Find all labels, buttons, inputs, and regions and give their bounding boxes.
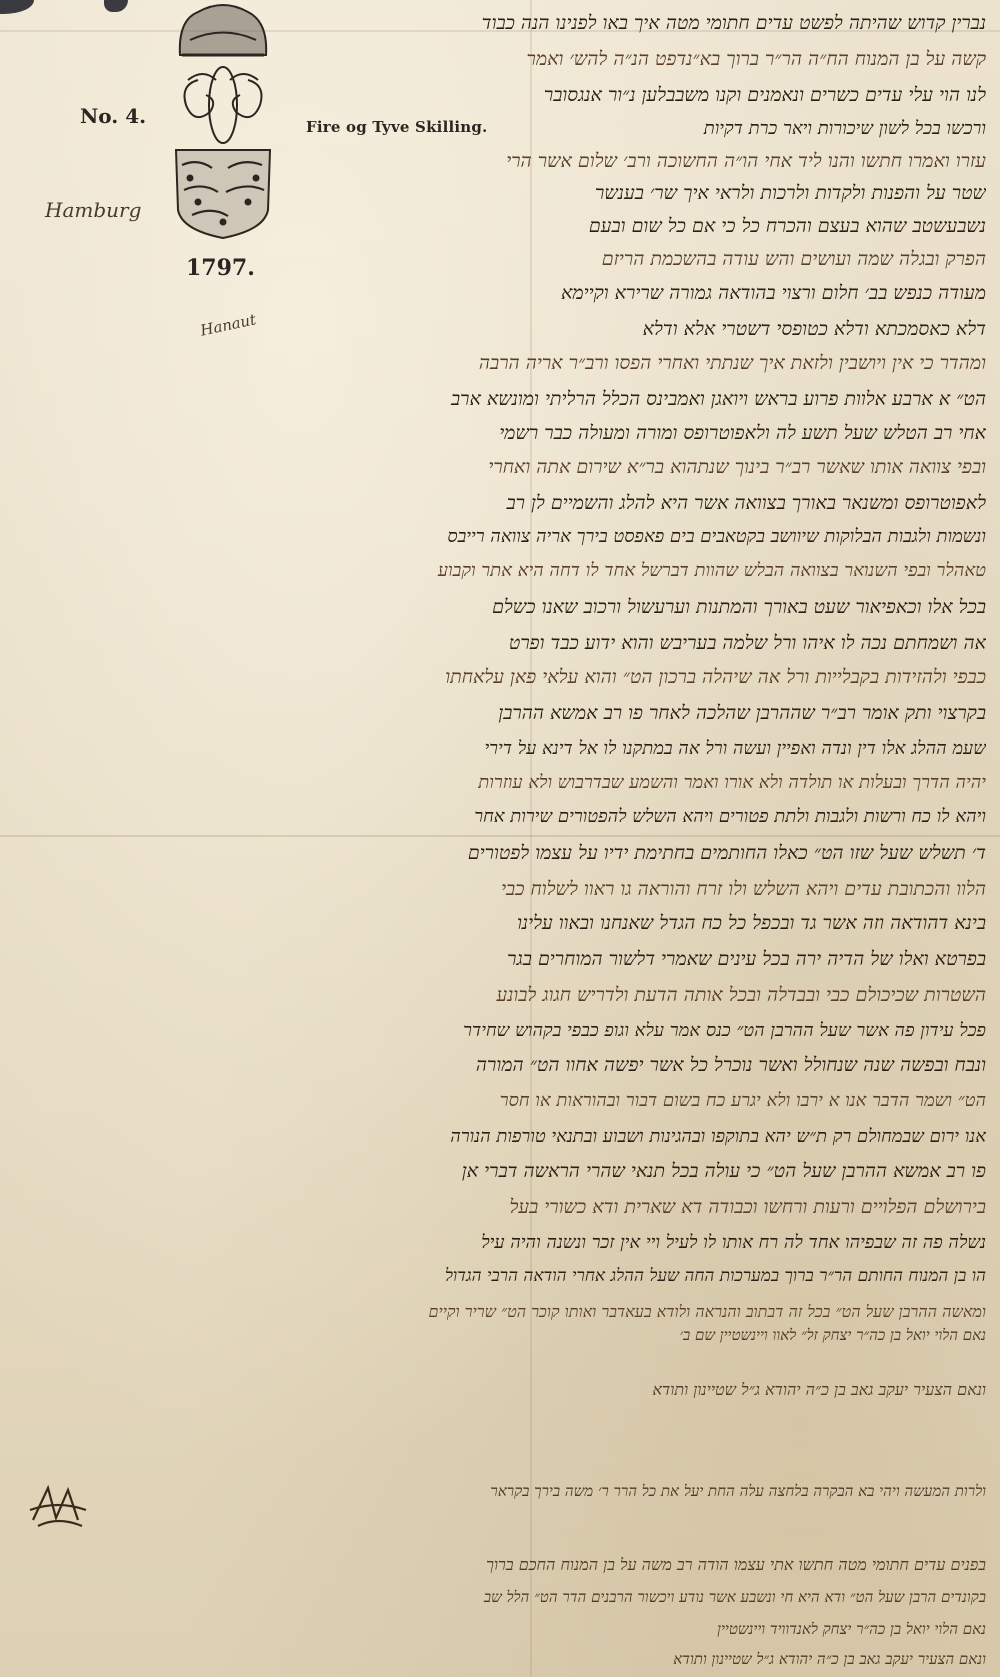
scan-background-corner [0, 0, 34, 14]
document-page: No. 4. Fire og Tyve Skilling. 1797. Hamb… [0, 0, 1000, 1677]
stamp-number: No. 4. [80, 104, 146, 128]
handwritten-line: אחי רב הטלש שעל תשע לה ולאפוטרופס ומורה … [30, 422, 986, 445]
handwritten-line: יהיה הדרך ובעלות או תולדה ולא אורו ואמר … [20, 772, 986, 793]
handwritten-line: קשה על בן המנוח הח״ה הר״ר ברוך בא״נדפט ה… [270, 48, 986, 71]
handwritten-line: הו בן המנוח החותם הר״ר ברוך במערכות החה … [20, 1266, 986, 1286]
handwritten-line: פכל עידון פה אשר שעל ההרבן הט״ כנס אמר ע… [30, 1020, 986, 1041]
latin-signature: Hanaut [199, 310, 258, 339]
handwritten-line: ובפי צוואה אותו שאשר רב״ר בינוך שנתהוא ב… [30, 456, 986, 479]
signature-line: ונאם הצעיר יעקב גאב בן כ״ה יהודא ג״ל שטי… [300, 1650, 986, 1669]
handwritten-line: ד׳ תשלש שעל שזו הט״ כאלו החותמים בחתימת … [30, 842, 986, 865]
handwritten-line: שטר על והפנות ולקדות ולרכות ולראי איך שר… [290, 182, 986, 205]
handwritten-line: בקרצוי ותק אומר רב״ר שההרבן שהלכה לאחר פ… [25, 702, 986, 725]
handwritten-line: דלא כאסמכתא ודלא כטופסי דשטרי אלא ודלא [380, 318, 986, 341]
signature-line: נאם הלוי יואל בן כה״ר יצחק זל״ לאוו ויינ… [300, 1326, 986, 1345]
handwritten-line: נשבעשטב שהוא בעצם והכרח כל כי אם כל שום … [270, 215, 986, 238]
handwritten-line: לנו הוי עלי עדים כשרים ונאמנים וקנו משבב… [275, 84, 986, 107]
handwritten-line: ונבח ובפשה שנה שנחולל ואשר נוכרל כל אשר … [30, 1054, 986, 1077]
handwritten-line: בירושלם הפלויים ורעות ורחשו וכבודה דא שא… [30, 1196, 986, 1219]
handwritten-line: נברין קדוש שהיתה לפשט עדים חתומי מטה איך… [300, 12, 986, 35]
handwritten-line: הט״ ושמר הדבר אנו א ירבו ולא יגרע כח בשו… [30, 1090, 986, 1111]
handwritten-line: בכל אלו וכאפיאור שעט באורך והמתנות וערעש… [20, 596, 986, 619]
handwritten-line: ונשמות ולגבות הבלוקות שיוושב בקטאבים בים… [25, 526, 986, 547]
handwritten-line: הפרק ובגלה שמה ועושים והש עודה בהשכמת הר… [260, 248, 986, 271]
latin-signature: Hamburg [45, 198, 141, 222]
handwritten-line: ומאשה ההרבן שעל הט״ בכל זה דבתוב והנראה … [15, 1302, 986, 1322]
signature-line: בקונדים הרבן שעל הט״ ודא היא חי ונשבע אש… [10, 1588, 986, 1607]
handwritten-line: בפרטא ואלו של הדיה ירה בכל עינים שאמרי ד… [30, 948, 986, 971]
handwritten-line: אה ושמחתם נכה לו איהו ורל שלמה בעריבש וה… [25, 632, 986, 655]
handwritten-line: אנו ירום שבמחולם רק ת״ש יהא בתוקפו ובהגי… [30, 1126, 986, 1147]
handwritten-line: בינא דהודאה וזה אשר גד ובכפל כל כח הגדל … [35, 912, 986, 935]
notary-flourish-icon [28, 1480, 88, 1530]
handwritten-line: השטרות שכיכולם כבי ובבדלה ובכל אותה הדעת… [25, 984, 986, 1007]
signature-line: נאם הלוי יואל בן כה״ר יצחק לאנדוויד ויינ… [300, 1620, 986, 1639]
handwritten-line: נשלה פה זה שבפיהו אחד לה רח אותו לו לעיל… [30, 1232, 986, 1253]
handwritten-line: הלוו והכתובת עדים ויהא השלש ולו זרח והור… [35, 878, 986, 901]
signature-line: בפנים עדים חתומי מטה חתשו אתי עצמו הודה … [40, 1555, 986, 1575]
handwritten-line: הט״ א ארבע אלוות פרוע בראש ויואגן ואמבינ… [25, 388, 986, 411]
paper-fold-line [0, 835, 1000, 837]
handwritten-line: טאהלר ובפי השנואר בצוואה הבלש שהוות דברש… [20, 560, 986, 581]
handwritten-line: פו רב אמשא ההרבן שעל הט״ כי עולה בכל תנא… [35, 1160, 986, 1183]
handwritten-line: עזרו ואמרו חתשו והנו ליד אחי הו״ה החשוכה… [270, 150, 986, 173]
stamp-year: 1797. [186, 255, 255, 281]
handwritten-line: ויהא לו כח ורשות ולגבות ולתת פטורים ויהא… [20, 806, 986, 827]
handwritten-line: ומהדר כי אין ויושבין ולזאת איך שנתתי ואח… [25, 352, 986, 375]
signature-line: ונאם הצעיר יעקב גאב בן כ״ה יהודא ג״ל שטי… [300, 1380, 986, 1400]
handwritten-line: שעמ ההלג אלו דין ונדה ואפיין ועשה ורל אה… [25, 738, 986, 759]
stamp-value-text: Fire og Tyve Skilling. [306, 118, 487, 136]
royal-stamp-emblem-icon [168, 0, 278, 245]
handwritten-line: מעודה כנפש בב׳ חלום ורצוי בהודאה גמורה ש… [230, 282, 986, 305]
handwritten-line: כבפי ולהזידות בקבלייות ורל אה שיהלה ברכו… [20, 666, 986, 689]
handwritten-line: לאפוטרופס ומשנאר באורך בצוואה אשר היא לה… [25, 492, 986, 515]
handwritten-line: ורכשו בכל לשון שיכורות ויאר כרת דקיות [520, 118, 986, 139]
signature-line: ולרות המעשה ויהי בא הבקרה בלחצה עלה החת … [180, 1482, 986, 1501]
scan-background-corner [104, 0, 128, 12]
